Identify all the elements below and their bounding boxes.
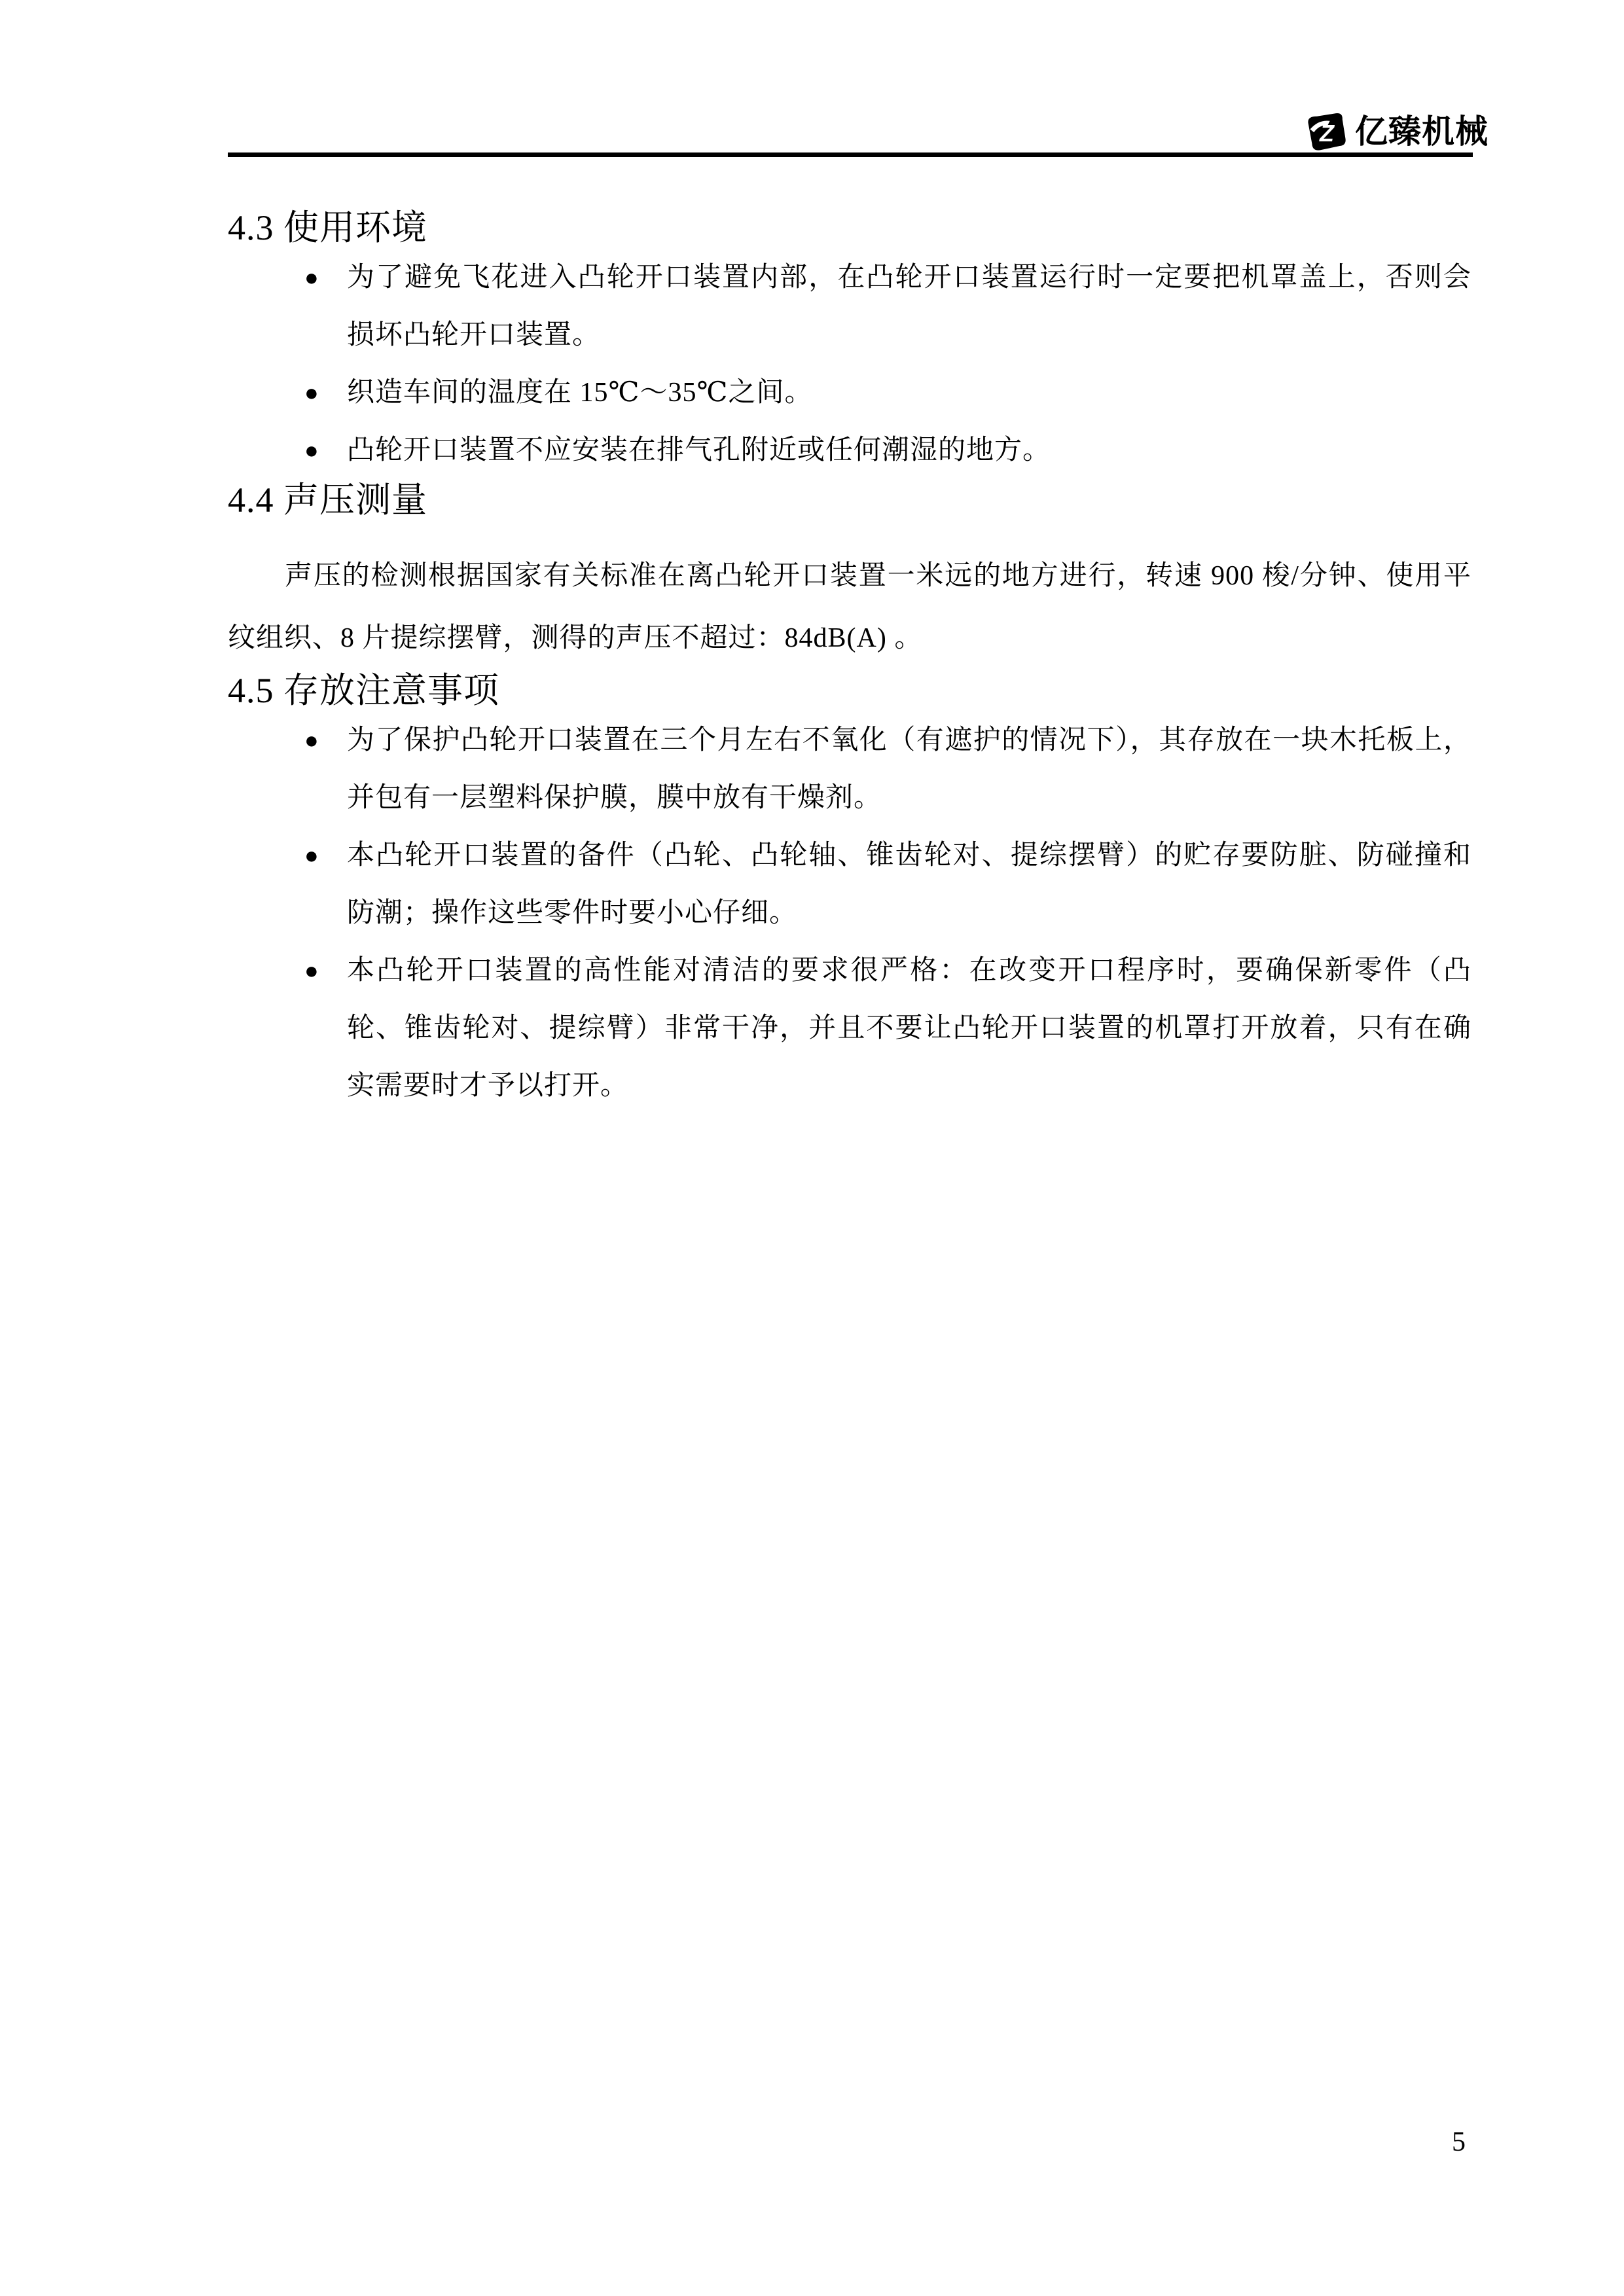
brand-logo: Z 亿臻机械 xyxy=(1308,110,1473,153)
list-item-text: 织造车间的温度在 15℃～35℃之间。 xyxy=(347,378,812,408)
list-item-text: 本凸轮开口装置的高性能对清洁的要求很严格：在改变开口程序时，要确保新零件（凸轮、… xyxy=(347,956,1471,1101)
list-item: ● 为了保护凸轮开口装置在三个月左右不氧化（有遮护的情况下），其存放在一块木托板… xyxy=(228,711,1471,827)
bullet-icon: ● xyxy=(304,942,319,999)
section-title-4-3: 4.3 使用环境 xyxy=(228,207,1471,249)
header-divider xyxy=(228,152,1473,157)
list-item-text: 为了避免飞花进入凸轮开口装置内部，在凸轮开口装置运行时一定要把机罩盖上，否则会损… xyxy=(347,262,1471,350)
section-4-5-bullet-list: ● 为了保护凸轮开口装置在三个月左右不氧化（有遮护的情况下），其存放在一块木托板… xyxy=(228,711,1471,1115)
list-item: ● 凸轮开口装置不应安装在排气孔附近或任何潮湿的地方。 xyxy=(228,422,1471,479)
page-content: 4.3 使用环境 ● 为了避免飞花进入凸轮开口装置内部，在凸轮开口装置运行时一定… xyxy=(228,207,1471,1115)
section-4-3-bullet-list: ● 为了避免飞花进入凸轮开口装置内部，在凸轮开口装置运行时一定要把机罩盖上，否则… xyxy=(228,249,1471,479)
bullet-icon: ● xyxy=(304,422,319,479)
bullet-icon: ● xyxy=(304,711,319,769)
list-item: ● 为了避免飞花进入凸轮开口装置内部，在凸轮开口装置运行时一定要把机罩盖上，否则… xyxy=(228,249,1471,364)
bullet-icon: ● xyxy=(304,364,319,422)
bullet-icon: ● xyxy=(304,249,319,306)
list-item: ● 本凸轮开口装置的高性能对清洁的要求很严格：在改变开口程序时，要确保新零件（凸… xyxy=(228,942,1471,1115)
list-item-text: 本凸轮开口装置的备件（凸轮、凸轮轴、锥齿轮对、提综摆臂）的贮存要防脏、防碰撞和防… xyxy=(347,840,1471,928)
page-number: 5 xyxy=(1452,2126,1466,2159)
bullet-icon: ● xyxy=(304,827,319,884)
section-4-4-paragraph: 声压的检测根据国家有关标准在离凸轮开口装置一米远的地方进行，转速 900 梭/分… xyxy=(228,545,1471,670)
section-title-4-4: 4.4 声压测量 xyxy=(228,479,1471,521)
manual-page: Z 亿臻机械 4.3 使用环境 ● 为了避免飞花进入凸轮开口装置内部，在凸轮开口… xyxy=(0,0,1624,2296)
list-item-text: 凸轮开口装置不应安装在排气孔附近或任何潮湿的地方。 xyxy=(347,435,1051,465)
section-title-4-5: 4.5 存放注意事项 xyxy=(228,670,1471,711)
svg-text:Z: Z xyxy=(1319,120,1335,147)
brand-logo-icon: Z xyxy=(1308,113,1346,151)
list-item: ● 本凸轮开口装置的备件（凸轮、凸轮轴、锥齿轮对、提综摆臂）的贮存要防脏、防碰撞… xyxy=(228,827,1471,942)
list-item-text: 为了保护凸轮开口装置在三个月左右不氧化（有遮护的情况下），其存放在一块木托板上，… xyxy=(347,725,1471,813)
list-item: ● 织造车间的温度在 15℃～35℃之间。 xyxy=(228,364,1471,422)
brand-name: 亿臻机械 xyxy=(1355,113,1489,151)
